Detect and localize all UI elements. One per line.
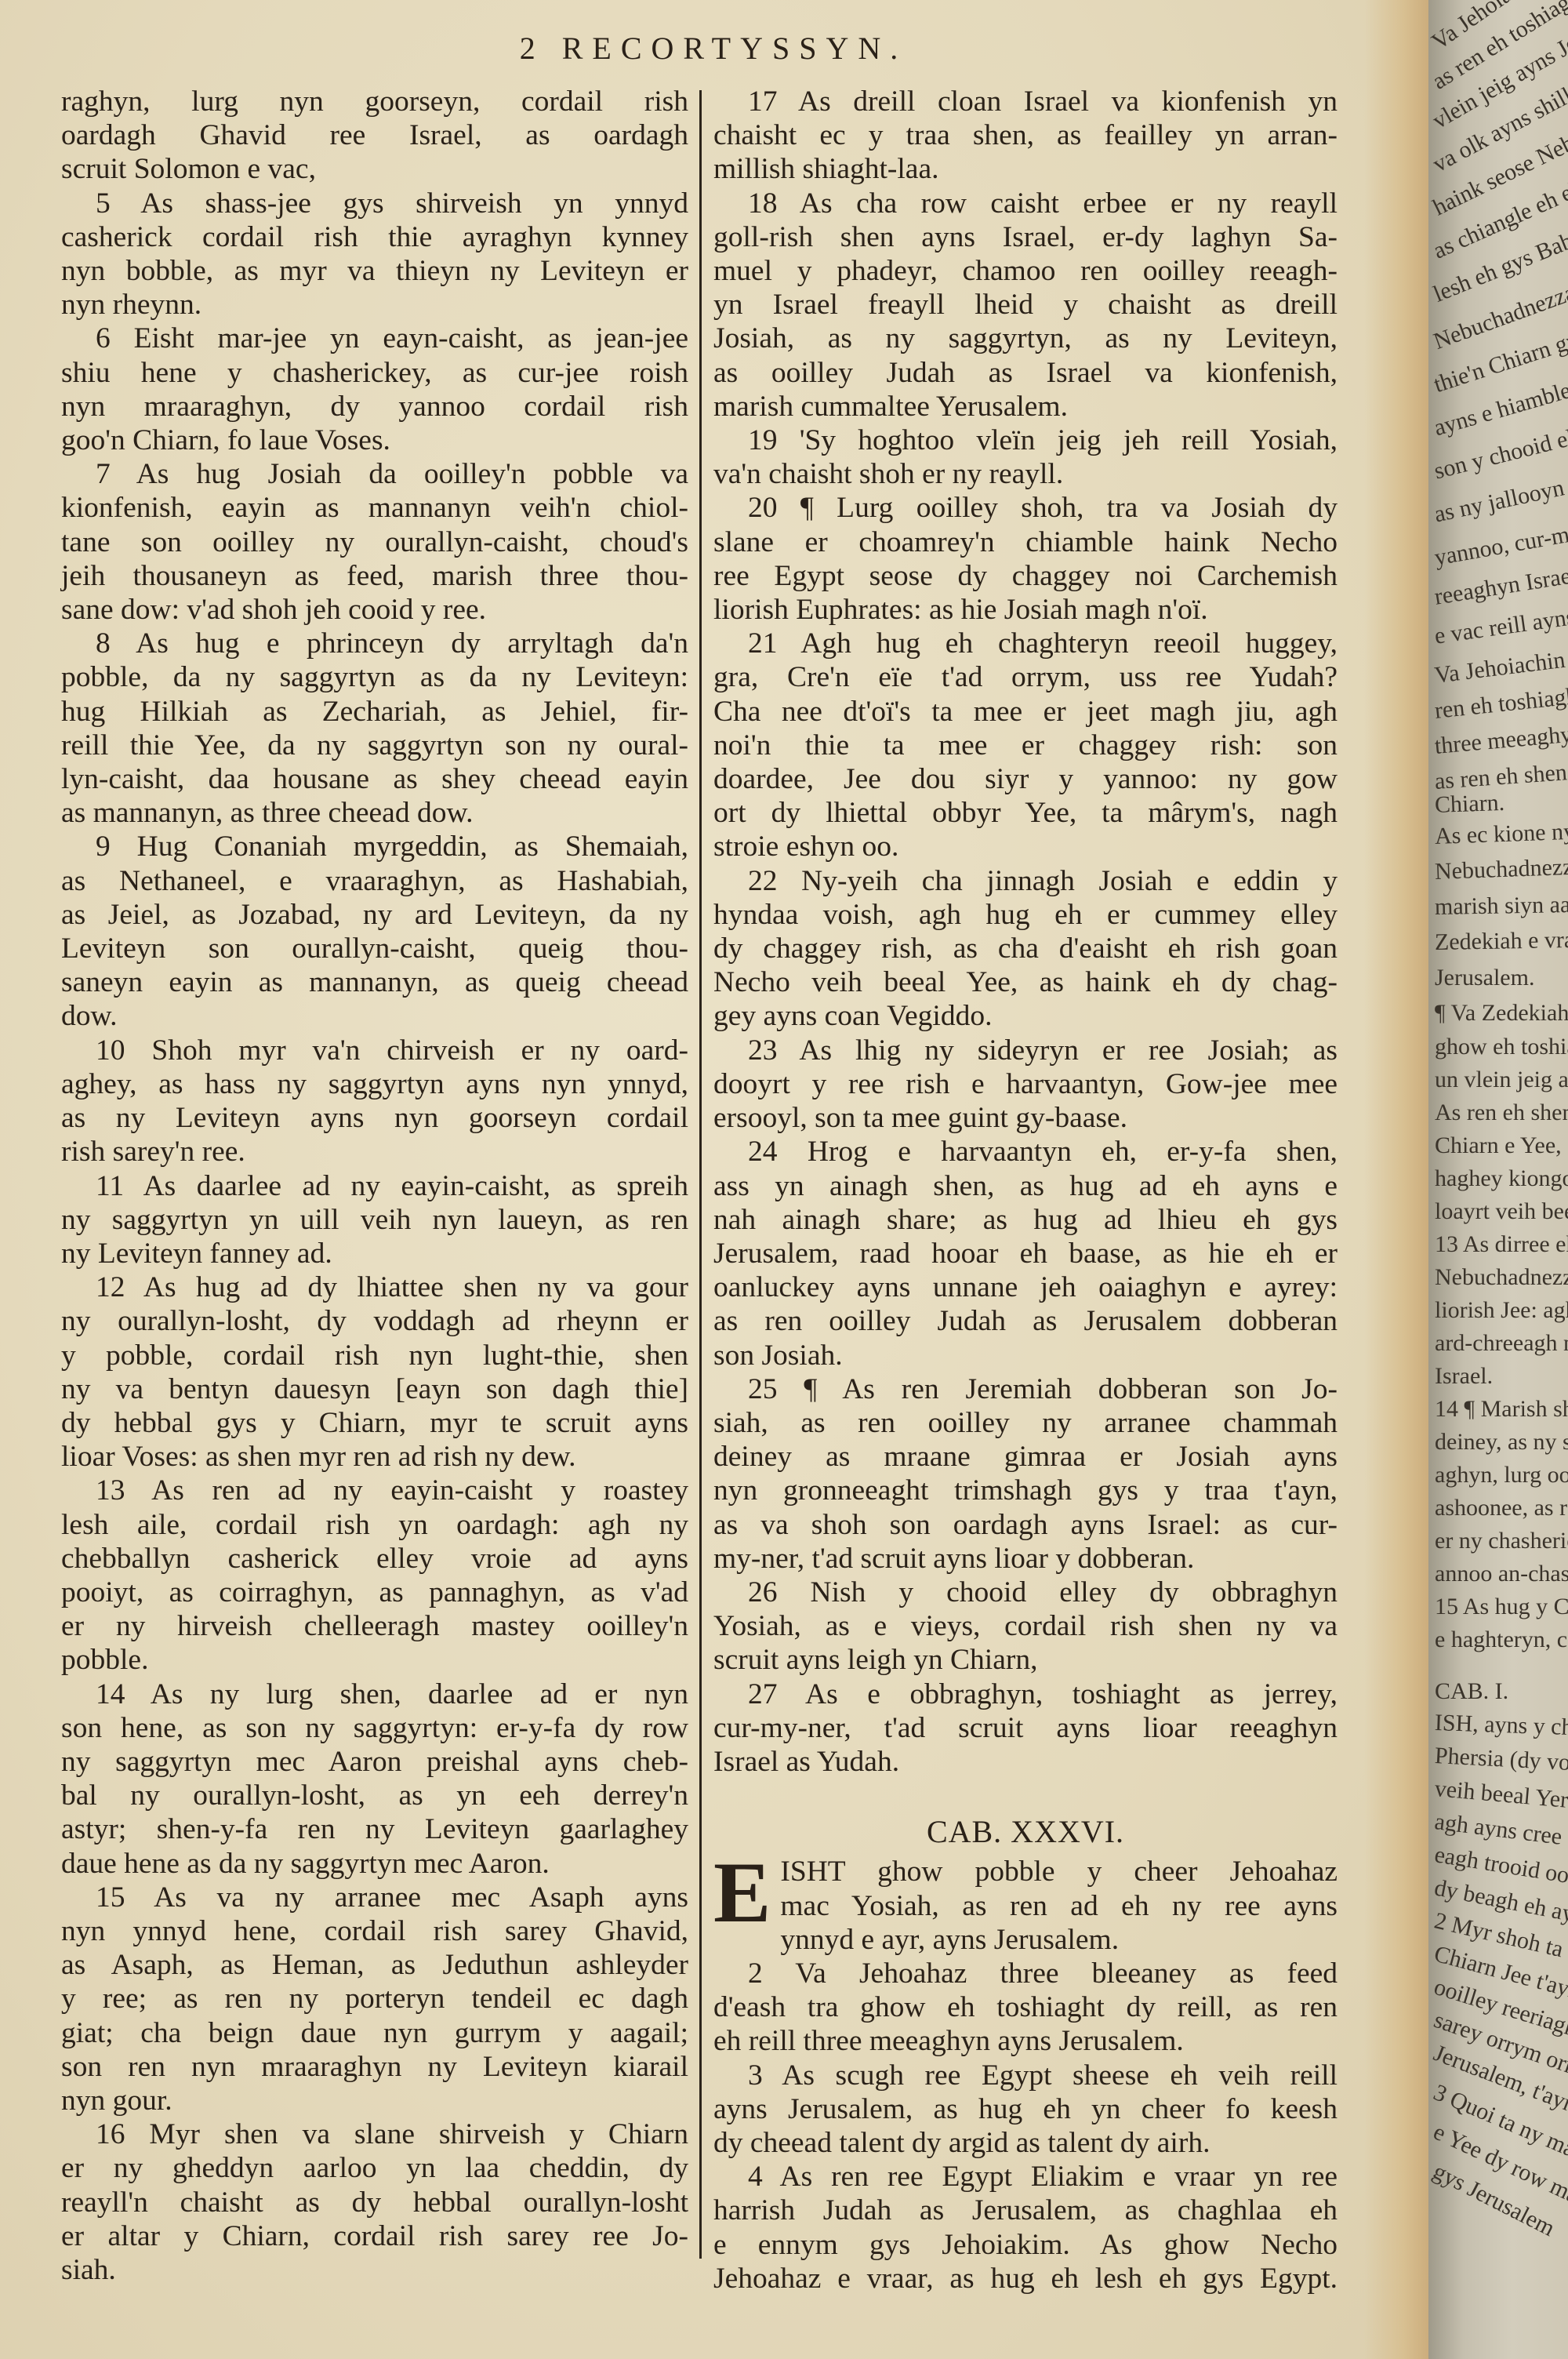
text-line: scruit Solomon e vac,	[61, 152, 688, 186]
text-line: nyn gour.	[61, 2084, 688, 2117]
text-line: lesh aile, cordail rish yn oardagh: agh …	[61, 1508, 688, 1542]
text-line: goll-rish shen ayns Israel, er-dy laghyn…	[713, 220, 1338, 254]
text-line: 2 Va Jehoahaz three bleeaney as feed	[713, 1957, 1338, 1990]
text-line: nah ainagh share; as hug ad lhieu eh gys	[713, 1203, 1338, 1237]
text-line: son ren nyn mraaraghyn ny Leviteyn kiara…	[61, 2050, 688, 2084]
next-page-text-fragment: Israel.	[1435, 1363, 1493, 1390]
text-line: cur-my-ner, t'ad scruit ayns lioar reeag…	[713, 1711, 1338, 1745]
text-line: 3 As scugh ree Egypt sheese eh veih reil…	[713, 2059, 1338, 2092]
text-line: bal ny ourallyn-losht, as yn eeh derrey'…	[61, 1779, 688, 1812]
text-line: ny va bentyn dauesyn [eayn son dagh thie…	[61, 1372, 688, 1406]
text-line: ayns Jerusalem, as hug eh yn cheer fo ke…	[713, 2092, 1338, 2126]
text-line: nyn gronneeaght trimshagh gys y traa t'a…	[713, 1474, 1338, 1507]
text-line: daue hene as da ny saggyrtyn mec Aaron.	[61, 1847, 688, 1881]
text-line: e ennym gys Jehoiakim. As ghow Necho	[713, 2228, 1338, 2262]
text-line: 12 As hug ad dy lhiattee shen ny va gour	[61, 1270, 688, 1304]
next-page-text-fragment: aghyn, lurg ooilley drog	[1435, 1462, 1568, 1488]
text-line: Jehoahaz e vraar, as hug eh lesh eh gys …	[713, 2262, 1338, 2295]
text-line: hyndaa voish, agh hug eh er cummey elley	[713, 898, 1338, 932]
text-line: as ny Leviteyn ayns nyn goorseyn cordail	[61, 1101, 688, 1135]
chapter-36-opening: E ISHT ghow pobble y cheer Jehoahaz mac …	[713, 1855, 1338, 1922]
chapter-36-text: ynnyd e ayr, ayns Jerusalem.2 Va Jehoaha…	[713, 1923, 1338, 2295]
text-line: Cha nee dt'oï's ta mee er jeet magh jiu,…	[713, 695, 1338, 729]
text-line: lioar Voses: as shen myr ren ad rish ny …	[61, 1440, 688, 1474]
text-line: nyn ynnyd hene, cordail rish sarey Ghavi…	[61, 1914, 688, 1948]
next-page-text-fragment: Jerusalem.	[1435, 965, 1534, 991]
next-page-text-fragment: e haghteryn, coyrlaghe	[1435, 1627, 1568, 1653]
next-page-text-fragment: As ren eh shen ny va olk	[1435, 1100, 1568, 1126]
next-page-text-fragment: Chiarn e Yee, as cha ren eh	[1435, 1132, 1568, 1159]
text-line: as ooilley Judah as Israel va kionfenish…	[713, 356, 1338, 390]
next-page-text-fragment: 15 As hug y Chiarn Je	[1435, 1594, 1568, 1620]
next-page-text-fragment: as ren eh shen ny va olk	[1434, 753, 1568, 795]
text-line: aghey, as hass ny saggyrtyn ayns nyn ynn…	[61, 1067, 688, 1101]
drop-cap: E	[713, 1859, 771, 1925]
text-line: siah.	[61, 2253, 688, 2287]
text-line: er ny gheddyn aarloo yn laa cheddin, dy	[61, 2151, 688, 2185]
text-line: doardee, Jee dou siyr y yannoo: ny gow	[713, 762, 1338, 796]
text-line: shiu hene y chasherickey, as cur-jee roi…	[61, 356, 688, 390]
text-line: son Josiah.	[713, 1339, 1338, 1372]
next-page-text-fragment: Nebuchadnezzar, hug eh	[1435, 1264, 1568, 1291]
text-line: casherick cordail rish thie ayraghyn kyn…	[61, 220, 688, 254]
text-line: ree Egypt seose dy chaggey noi Carchemis…	[713, 559, 1338, 593]
text-line: Israel as Yudah.	[713, 1745, 1338, 1779]
text-line: 19 'Sy hoghtoo vleïn jeig jeh reill Yosi…	[713, 423, 1338, 457]
text-line: reill thie Yee, da ny saggyrtyn son ny o…	[61, 729, 688, 762]
next-page-text-fragment: ard-chreeagh noi chyndaa	[1435, 1330, 1568, 1357]
text-line: y pobble, cordail rish nyn lught-thie, s…	[61, 1339, 688, 1372]
text-line: millish shiaght-laa.	[713, 152, 1338, 186]
text-line: as va shoh son oardagh ayns Israel: as c…	[713, 1508, 1338, 1542]
text-line: muel y phadeyr, chamoo ren ooilley reeag…	[713, 254, 1338, 288]
right-column: 17 As dreill cloan Israel va kionfenish …	[713, 85, 1338, 2295]
text-line: ny Leviteyn fanney ad.	[61, 1237, 688, 1270]
text-line: ny ourallyn-losht, dy voddagh ad rheynn …	[61, 1304, 688, 1338]
text-line: 27 As e obbraghyn, toshiaght as jerrey,	[713, 1677, 1338, 1711]
text-line: oardagh Ghavid ree Israel, as oardagh	[61, 118, 688, 152]
next-page-text-fragment: haghey kiongoyrt rish Jeremi	[1435, 1165, 1568, 1192]
text-line: Josiah, as ny saggyrtyn, as ny Leviteyn,	[713, 322, 1338, 355]
running-header: 2 RECORTYSSYN.	[0, 30, 1427, 67]
text-line: 18 As cha row caisht erbee er ny reayll	[713, 187, 1338, 220]
text-line: my-ner, t'ad scruit ayns lioar y dobbera…	[713, 1542, 1338, 1576]
next-page-text-fragment: 14 ¶ Marish shoh, hie	[1435, 1396, 1568, 1423]
text-line: siah, as ren ooilley ny arranee chammah	[713, 1406, 1338, 1440]
text-line: oanluckey ayns unnane jeh oaiaghyn e ayr…	[713, 1270, 1338, 1304]
next-page-text-fragment: ¶ Va Zedekiah un vlein	[1435, 1000, 1568, 1027]
text-line: pobble, da ny saggyrtyn as da ny Levitey…	[61, 660, 688, 694]
spine-shadow	[1364, 0, 1435, 2359]
text-line: as Nethaneel, e vraaraghyn, as Hashabiah…	[61, 864, 688, 898]
next-page-text-fragment: Zedekiah e vraar ny ree h	[1435, 925, 1568, 956]
text-line: ass yn ainagh shen, as hug ad eh ayns e	[713, 1169, 1338, 1203]
text-line: 23 As lhig ny sideyryn er ree Josiah; as	[713, 1034, 1338, 1067]
text-line: va'n chaisht shoh er ny reayll.	[713, 457, 1338, 491]
text-line: gra, Cre'n eïe t'ad orrym, uss ree Yudah…	[713, 660, 1338, 694]
text-line: son hene, as son ny saggyrtyn: er-y-fa d…	[61, 1711, 688, 1745]
text-line: eh reill three meeaghyn ayns Jerusalem.	[713, 2024, 1338, 2058]
text-line: dy chaggey rish, as cha d'eaisht eh rish…	[713, 932, 1338, 965]
text-line: 26 Nish y chooid elley dy obbraghyn	[713, 1576, 1338, 1609]
text-line: 14 As ny lurg shen, daarlee ad er nyn	[61, 1677, 688, 1711]
text-line: Yosiah, as e vieys, cordail rish shen ny…	[713, 1609, 1338, 1643]
text-line: chebballyn casherick elley vroie ad ayns	[61, 1542, 688, 1576]
text-line: as Jeiel, as Jozabad, ny ard Leviteyn, d…	[61, 898, 688, 932]
text-line: 25 ¶ As ren Jeremiah dobberan son Jo-	[713, 1372, 1338, 1406]
text-line: slane er choamrey'n chiamble haink Necho	[713, 525, 1338, 559]
text-line: tane son ooilley ny ourallyn-caisht, cho…	[61, 525, 688, 559]
text-line: mac Yosiah, as ren ad eh ny ree ayns	[713, 1889, 1338, 1923]
text-line: dy cheead talent dy argid as talent dy a…	[713, 2126, 1338, 2160]
next-page-text-fragment: deiney, as ny saggyrtyn	[1435, 1429, 1568, 1456]
text-line: 17 As dreill cloan Israel va kionfenish …	[713, 85, 1338, 118]
text-line: astyr; shen-y-fa ren ny Leviteyn gaarlag…	[61, 1812, 688, 1846]
text-line: as ren ooilley Judah as Jerusalem dobber…	[713, 1304, 1338, 1338]
text-line: dow.	[61, 999, 688, 1033]
text-line: pobble.	[61, 1643, 688, 1677]
book-page: 2 RECORTYSSYN. raghyn, lurg nyn goorseyn…	[0, 0, 1427, 2359]
text-line: as mannanyn, as three cheead dow.	[61, 796, 688, 830]
text-line: 13 As ren ad ny eayin-caisht y roastey	[61, 1474, 688, 1507]
text-line: noi'n thie ta mee er chaggey rish: son	[713, 729, 1338, 762]
column-divider	[699, 90, 702, 2259]
text-line: nyn rheynn.	[61, 288, 688, 322]
text-line: Necho veih beeal Yee, as haink eh dy cha…	[713, 965, 1338, 999]
text-line: 6 Eisht mar-jee yn eayn-caisht, as jean-…	[61, 322, 688, 355]
text-line: y ree; as ren ny porteryn tendeil ec dag…	[61, 1982, 688, 2016]
next-page-text-fragment: Phersia (dy voddagh	[1434, 1743, 1568, 1779]
text-line: deiney as mraane gimraa er Josiah ayns	[713, 1440, 1338, 1474]
text-line: d'eash tra ghow eh toshiaght dy reill, a…	[713, 1990, 1338, 2024]
text-line: 16 Myr shen va slane shirveish y Chiarn	[61, 2117, 688, 2151]
next-page-text-fragment: Chiarn.	[1434, 790, 1504, 819]
text-line: stroie eshyn oo.	[713, 830, 1338, 863]
text-line: gey ayns coan Vegiddo.	[713, 999, 1338, 1033]
text-line: sane dow: v'ad shoh jeh cooid y ree.	[61, 593, 688, 627]
text-line: ersooyl, son ta mee guint gy-baase.	[713, 1101, 1338, 1135]
next-page-text-fragment: As ec kione ny bleeaney,	[1434, 816, 1568, 850]
text-line: liorish Euphrates: as hie Josiah magh n'…	[713, 593, 1338, 627]
next-page-text-fragment: liorish Jee: agh v'eh cre	[1435, 1297, 1568, 1324]
next-page-text-fragment: CAB. I.	[1435, 1678, 1508, 1705]
text-line: jeih thousaneyn as feed, marish three th…	[61, 559, 688, 593]
chapter-title: CAB. XXXVI.	[713, 1815, 1338, 1848]
text-line: ynnyd e ayr, ayns Jerusalem.	[713, 1923, 1338, 1957]
text-line: 9 Hug Conaniah myrgeddin, as Shemaiah,	[61, 830, 688, 863]
text-line: 22 Ny-yeih cha jinnagh Josiah e eddin y	[713, 864, 1338, 898]
text-line: marish cummaltee Yerusalem.	[713, 390, 1338, 423]
next-page-text-fragment: Nebuchadnezzar fys, as hug eh lesh	[1434, 847, 1568, 885]
text-line: giat; cha beign daue nyn gurrym y aagail…	[61, 2016, 688, 2050]
text-line: 21 Agh hug eh chaghteryn reeoil huggey,	[713, 627, 1338, 660]
text-line: er altar y Chiarn, cordail rish sarey re…	[61, 2219, 688, 2253]
text-line: 5 As shass-jee gys shirveish yn ynnyd	[61, 187, 688, 220]
text-line: rish sarey'n ree.	[61, 1135, 688, 1169]
text-line: yn Israel freayll lheid y chaisht as dre…	[713, 288, 1338, 322]
text-line: 11 As daarlee ad ny eayin-caisht, as spr…	[61, 1169, 688, 1203]
text-line: ny saggyrtyn yn uill veih nyn laueyn, as…	[61, 1203, 688, 1237]
text-line: chaisht ec y traa shen, as feailley yn a…	[713, 118, 1338, 152]
text-line: reayll'n chaisht as dy hebbal ourallyn-l…	[61, 2186, 688, 2219]
text-line: hug Hilkiah as Zechariah, as Jehiel, fir…	[61, 695, 688, 729]
next-page-text-fragment: ISH, ayns y chied vleï	[1434, 1710, 1568, 1743]
next-page-text-fragment: loayrt veih beeal y Chiarn	[1435, 1198, 1568, 1225]
text-line: 8 As hug e phrinceyn dy arryltagh da'n	[61, 627, 688, 660]
next-page-text-fragment: er ny chasherickey ay	[1435, 1528, 1568, 1554]
next-page-text-fragment: un vlein jeig ayns Jerusale	[1435, 1067, 1568, 1093]
text-line: ort dy lhiettal obbyr Yee, ta mârym's, n…	[713, 796, 1338, 830]
next-page-edge: Va Jehoiakim queigas ren eh toshiaght dy…	[1428, 0, 1568, 2359]
text-line: 4 As ren ree Egypt Eliakim e vraar yn re…	[713, 2160, 1338, 2194]
text-line: raghyn, lurg nyn goorseyn, cordail rish	[61, 85, 688, 118]
next-page-text-fragment: ashoonee, as ren ad thie	[1435, 1495, 1568, 1521]
text-line: kionfenish, eayin as mannanyn veih'n chi…	[61, 491, 688, 525]
text-line: nyn mraaraghyn, dy yannoo cordail rish	[61, 390, 688, 423]
text-line: ISHT ghow pobble y cheer Jehoahaz	[713, 1855, 1338, 1888]
text-line: scruit ayns leigh yn Chiarn,	[713, 1643, 1338, 1677]
text-line: lyn-caisht, daa housane as shey cheead e…	[61, 762, 688, 796]
text-line: nyn bobble, as myr va thieyn ny Leviteyn…	[61, 254, 688, 288]
text-line: 24 Hrog e harvaantyn eh, er-y-fa shen,	[713, 1135, 1338, 1169]
next-page-text-fragment: ghow eh toshiaght dy rei	[1435, 1034, 1568, 1060]
text-line: 20 ¶ Lurg ooilley shoh, tra va Josiah dy	[713, 491, 1338, 525]
text-line: Leviteyn son ourallyn-caisht, queig thou…	[61, 932, 688, 965]
left-column: raghyn, lurg nyn goorseyn, cordail risho…	[61, 85, 688, 2287]
text-line: harrish Judah as Jerusalem, as chaghlaa …	[713, 2194, 1338, 2227]
text-line: 7 As hug Josiah da ooilley'n pobble va	[61, 457, 688, 491]
chapter-35-continuation: 17 As dreill cloan Israel va kionfenish …	[713, 85, 1338, 1779]
text-line: dy hebbal gys y Chiarn, myr te scruit ay…	[61, 1406, 688, 1440]
text-line: dooyrt y ree rish e harvaantyn, Gow-jee …	[713, 1067, 1338, 1101]
text-line: saneyn eayin as mannanyn, as queig cheea…	[61, 965, 688, 999]
text-line: as Asaph, as Heman, as Jeduthun ashleyde…	[61, 1948, 688, 1982]
next-page-text-fragment: annoo an-chasherick.	[1435, 1561, 1568, 1587]
next-page-text-fragment: marish siyn aalin thie'n C	[1435, 890, 1568, 921]
text-line: pooiyt, as coirraghyn, as pannaghyn, as …	[61, 1576, 688, 1609]
text-line: ny saggyrtyn mec Aaron preishal ayns che…	[61, 1745, 688, 1779]
next-page-text-fragment: 13 As dirree eh magh m	[1435, 1231, 1568, 1258]
text-line: er ny hirveish chelleeragh mastey ooille…	[61, 1609, 688, 1643]
text-line: 10 Shoh myr va'n chirveish er ny oard-	[61, 1034, 688, 1067]
text-line: 15 As va ny arranee mec Asaph ayns	[61, 1881, 688, 1914]
text-line: goo'n Chiarn, fo laue Voses.	[61, 423, 688, 457]
text-line: Jerusalem, raad hooar eh baase, as hie e…	[713, 1237, 1338, 1270]
